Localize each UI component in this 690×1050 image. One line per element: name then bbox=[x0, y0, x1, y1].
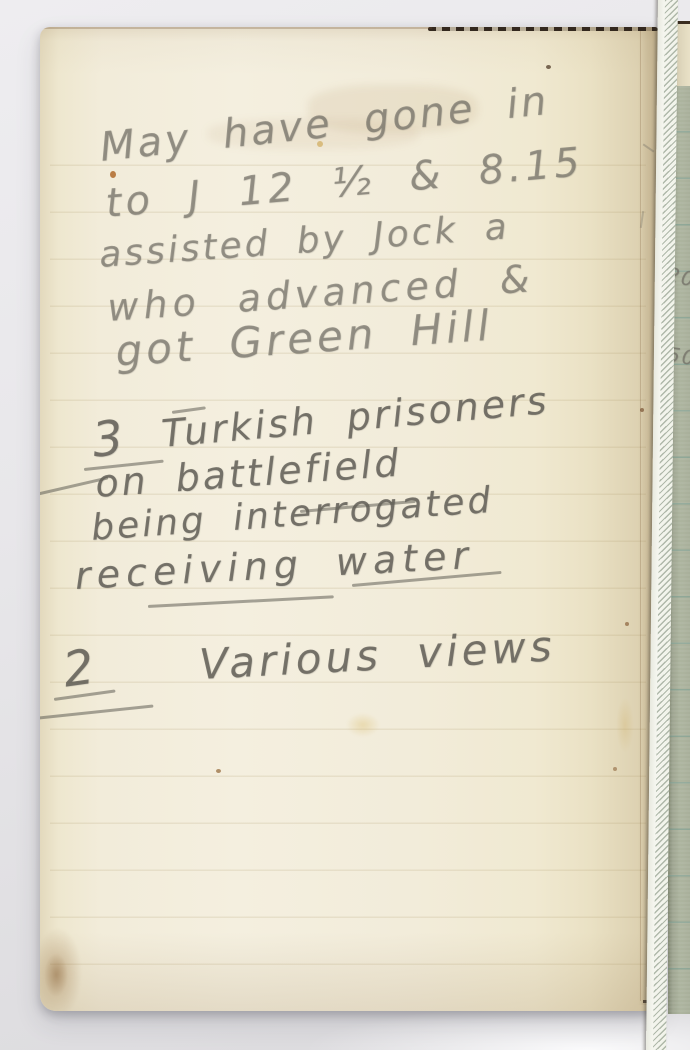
list-item-number: 2 bbox=[60, 643, 97, 695]
stain bbox=[346, 713, 380, 737]
gutter-crease bbox=[640, 31, 641, 1001]
page-top-soft-edge bbox=[40, 27, 432, 29]
speck bbox=[640, 408, 644, 412]
list-item-number: 3 bbox=[90, 414, 125, 465]
notebook-page: May have gone in to J 12 ½ & 8.15 assist… bbox=[40, 27, 658, 1011]
speck bbox=[546, 65, 551, 69]
speck bbox=[110, 171, 116, 178]
stain bbox=[616, 697, 634, 753]
speck bbox=[625, 622, 629, 626]
page-top-dark-edge bbox=[428, 27, 658, 31]
speck bbox=[613, 767, 617, 771]
stain bbox=[44, 953, 68, 997]
speck bbox=[216, 769, 221, 773]
scanned-notebook-photo: 20 50 May have gone in to J 12 ½ & 8.15 … bbox=[0, 0, 690, 1050]
